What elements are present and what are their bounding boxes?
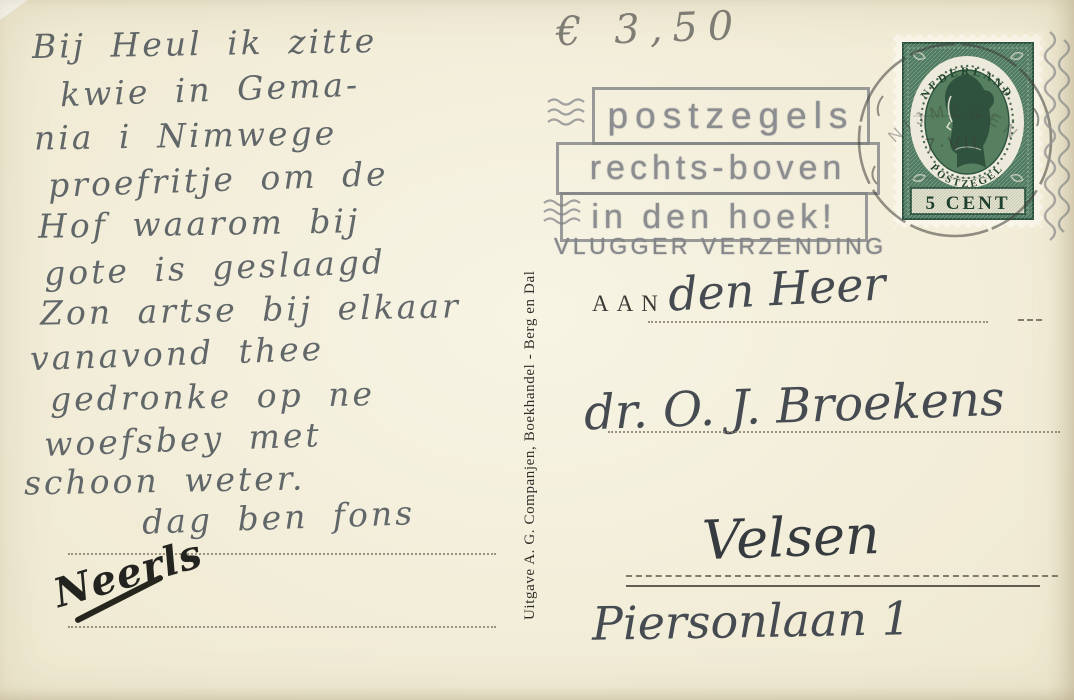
message-line: gedronke op ne — [50, 374, 376, 419]
message-line: Bij Heul ik zitte — [32, 21, 378, 66]
address-street: Piersonlaan 1 — [592, 591, 912, 651]
slogan-box-2: rechts-boven — [556, 142, 880, 195]
address-rule-3-solid — [626, 585, 1040, 587]
blank-dotted-line — [68, 626, 496, 628]
publisher-imprint: Uitgave A. G. Companjen, Boekhandel - Be… — [522, 88, 539, 620]
postcard-back: € 3,50 Bij Heul ik zitte kwie in Gema- n… — [0, 0, 1074, 700]
address-line-1: den Heer — [667, 256, 887, 321]
address-rule-2 — [608, 431, 1060, 433]
message-line: Zon artse bij elkaar — [40, 286, 461, 332]
slogan-line-3: in den hoek! — [591, 198, 836, 237]
postmark-date: 7·VII — [924, 132, 980, 157]
message-line: proefritje om de — [47, 154, 389, 205]
address-rule-3-dashed — [626, 575, 1058, 577]
message-line: vanavond thee — [29, 329, 324, 378]
torn-corner — [0, 0, 28, 20]
address-rule-1-end — [1018, 319, 1042, 321]
message-line: Hof waarom bij — [38, 201, 361, 246]
address-rule-1 — [648, 321, 988, 323]
to-label: AAN — [592, 291, 666, 317]
cancel-wavy-lines-icon — [546, 96, 592, 130]
slogan-line-1: postzegels — [608, 95, 855, 137]
message-line: nia i Nimwege — [34, 113, 338, 157]
slogan-box-1: postzegels — [592, 87, 870, 145]
dealer-price-note: € 3,50 — [555, 3, 744, 56]
edge-cancel-waves-icon — [1042, 30, 1074, 245]
message-line: woefsbey met — [43, 415, 322, 464]
address-city: Velsen — [701, 503, 881, 572]
slogan-bottom-line: VLUGGER VERZENDING — [554, 233, 887, 260]
message-line: kwie in Gema- — [59, 65, 360, 114]
message-line: schoon weter. — [24, 459, 306, 503]
postmark: NIJMEGEN 7·VII — [853, 38, 1059, 248]
message-line: gote is geslaagd — [43, 242, 386, 293]
slogan-line-2: rechts-boven — [590, 149, 847, 188]
signature: Neerls — [48, 530, 207, 617]
